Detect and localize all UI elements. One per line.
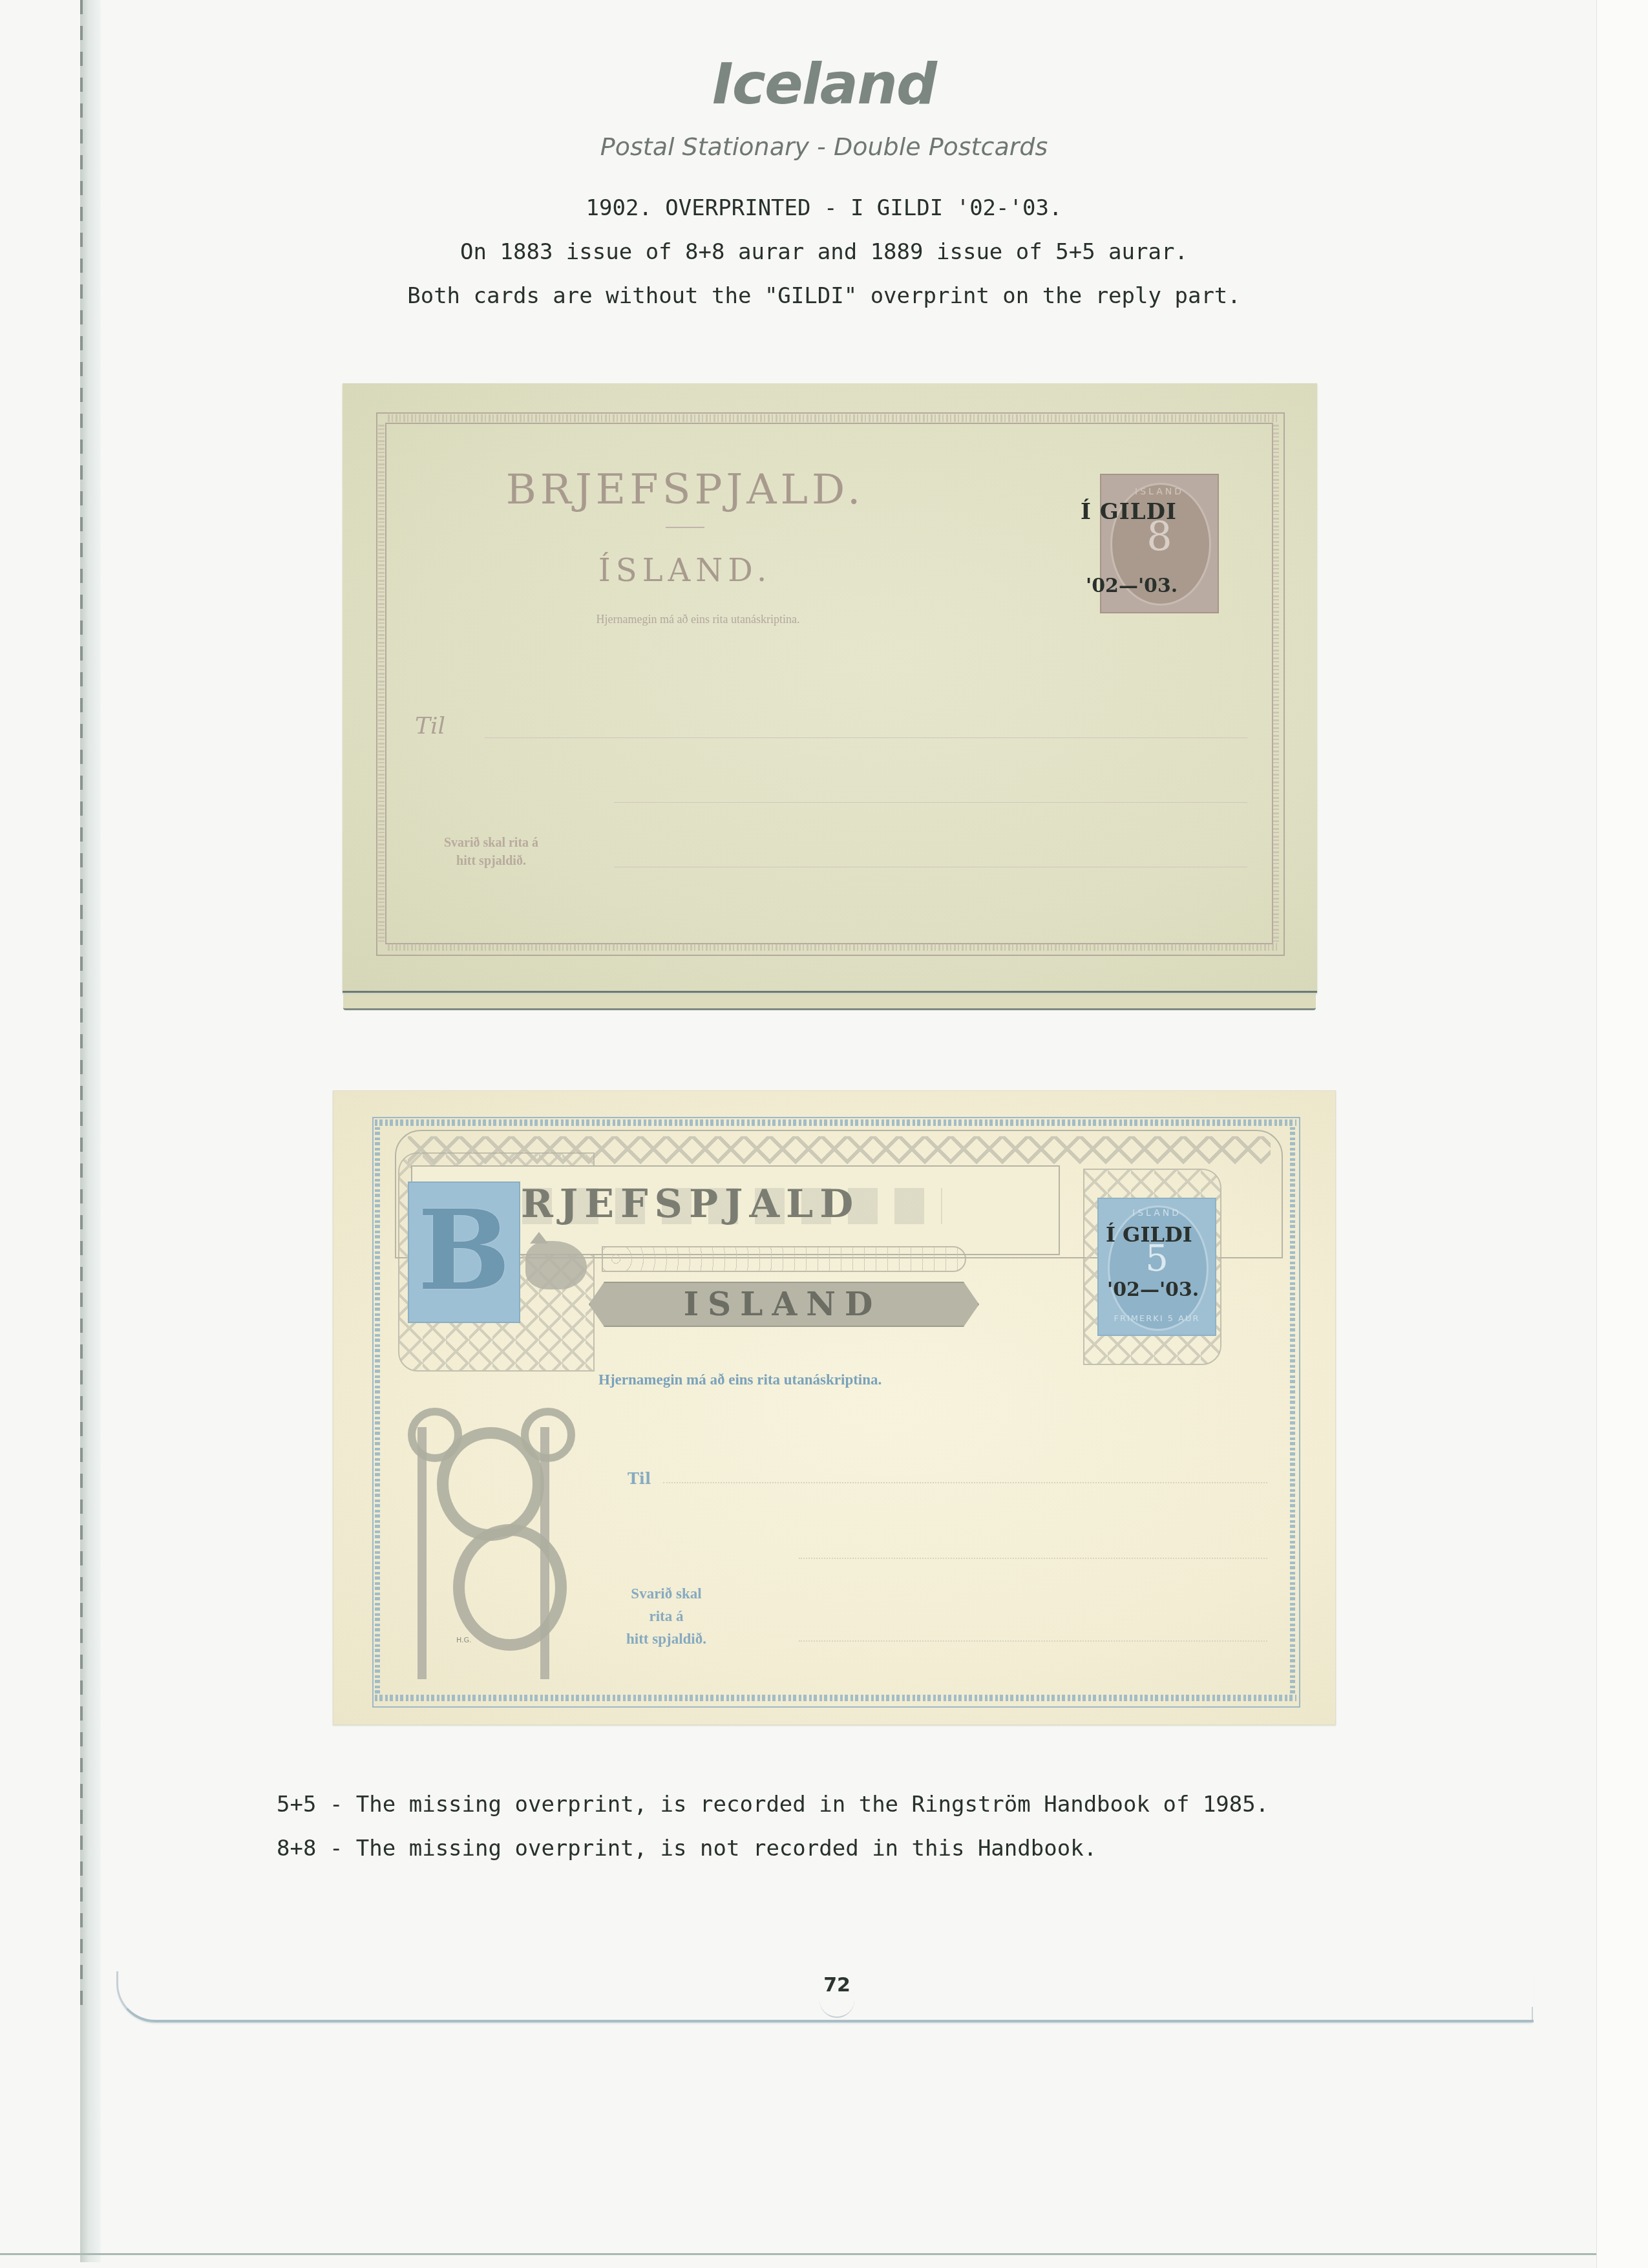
stamp-bottom-arc: FRIMERKI 5 AUR [1099, 1314, 1215, 1324]
page-bottom-edge [0, 2253, 1596, 2255]
card-country: ÍSLAND. [556, 553, 814, 589]
greek-key-border [1290, 1127, 1295, 1693]
reply-note-line: Svarið skal [602, 1585, 731, 1602]
decorated-initial: B [408, 1182, 520, 1323]
overprint-line-1: Í GILDI [1106, 1222, 1192, 1247]
binding-strip [80, 0, 101, 2262]
initial-letter: B [409, 1189, 519, 1312]
card-country: ISLAND [589, 1285, 977, 1323]
card-heading: BRJEFSPJALD. [491, 466, 879, 514]
note-8-8: 8+8 - The missing overprint, is not reco… [277, 1836, 1097, 1861]
greek-key-border [1273, 425, 1279, 942]
page-title: Iceland [0, 50, 1648, 117]
address-line [485, 737, 1247, 738]
greek-key-border [378, 425, 385, 942]
address-line [663, 1482, 1267, 1484]
postcard-8-8-aurar: BRJEFSPJALD. ÍSLAND. Hjernamegin má að e… [343, 383, 1317, 993]
dragon-interlace-ornament: H.G. [392, 1401, 560, 1686]
stamp-country-arc: ISLAND [1101, 487, 1218, 497]
card-instruction: Hjernamegin má að eins rita utanáskripti… [472, 613, 924, 626]
ornament-post [417, 1427, 427, 1679]
imprinted-stamp-5-aurar: ISLAND 5 FRIMERKI 5 AUR [1097, 1198, 1216, 1336]
ornament-scroll [521, 1408, 575, 1462]
page-number: 72 [821, 1974, 853, 1997]
reply-note-line: hitt spjaldið. [407, 854, 575, 869]
overprint-line-1: Í GILDI [1081, 499, 1177, 525]
postcard-5-5-aurar: B RJEFSPJALD ISLAND Hjernamegin má að ei… [333, 1090, 1336, 1725]
heading-line-2: On 1883 issue of 8+8 aurar and 1889 issu… [0, 239, 1648, 265]
overprint-line-2: '02—'03. [1107, 1278, 1199, 1301]
greek-key-border [375, 1695, 1296, 1701]
overprint-line-2: '02—'03. [1086, 575, 1178, 597]
reply-note-line: hitt spjaldið. [602, 1631, 731, 1648]
page-subtitle: Postal Stationary - Double Postcards [0, 132, 1648, 161]
note-5-5: 5+5 - The missing overprint, is recorded… [277, 1792, 1269, 1818]
ornament-scroll [408, 1408, 462, 1462]
reply-note-line: rita á [602, 1608, 731, 1625]
ornament-loop [453, 1524, 567, 1651]
artist-monogram: H.G. [456, 1636, 472, 1644]
greek-key-border [388, 414, 1280, 422]
card-heading: RJEFSPJALD [521, 1182, 960, 1227]
card-instruction: Hjernamegin má að eins rita utanáskripti… [598, 1372, 1051, 1388]
address-label: Til [415, 713, 445, 739]
scroll-ornament-band [602, 1246, 966, 1272]
greek-key-border [375, 1127, 380, 1693]
address-line [614, 802, 1247, 803]
address-label: Til [628, 1469, 651, 1488]
heading-line-3: Both cards are without the "GILDI" overp… [0, 283, 1648, 309]
page-edge [1596, 0, 1648, 2268]
stamp-country-arc: ISLAND [1099, 1208, 1215, 1218]
greek-key-border [375, 1119, 1296, 1126]
address-line [799, 1558, 1267, 1560]
heading-line-1: 1902. OVERPRINTED - I GILDI '02-'03. [0, 195, 1648, 221]
divider [666, 527, 704, 528]
address-line [799, 1640, 1267, 1642]
page-frame-corner [1527, 2007, 1533, 2020]
greek-key-border [388, 943, 1280, 951]
address-line [614, 867, 1247, 867]
reply-note-line: Svarið skal rita á [407, 836, 575, 851]
